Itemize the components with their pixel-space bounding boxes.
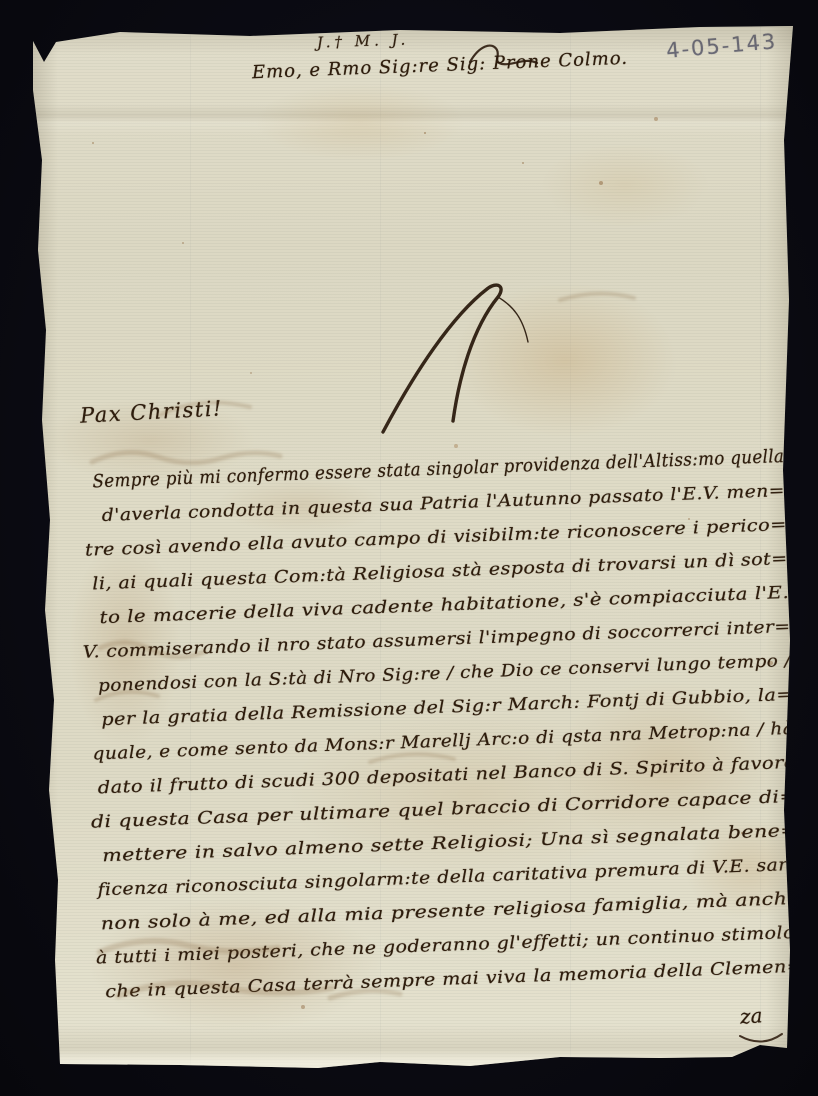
foxing-specks <box>0 0 2 2</box>
photo-background: J.† M. J. Emo, e Rmo Sig:re Sig: Prone C… <box>0 0 818 1096</box>
edge-shading <box>0 0 818 1096</box>
letter-page: J.† M. J. Emo, e Rmo Sig:re Sig: Prone C… <box>0 0 818 1096</box>
